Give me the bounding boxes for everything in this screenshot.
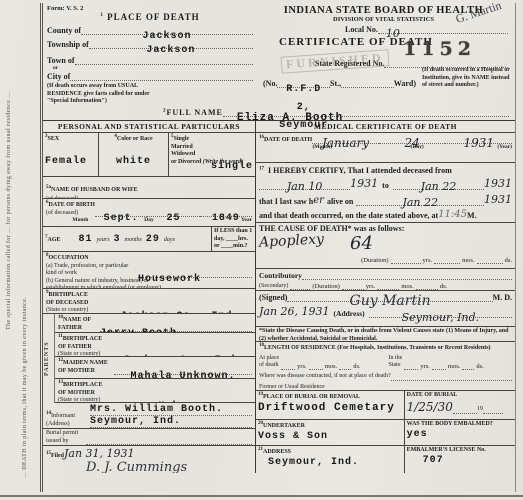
town-label: Town of bbox=[47, 56, 75, 65]
race-cell: 4Color or Race white bbox=[98, 133, 168, 176]
age-values-cell: 7AGE 81 years 3 months 29 days bbox=[43, 227, 211, 251]
marital-cell: 5Single Married Widowed or Divorced (Wri… bbox=[168, 133, 255, 176]
age-days: 29 bbox=[146, 234, 160, 245]
sex-cell: 3SEX Female bbox=[43, 133, 98, 176]
attended-from-year: 1931 bbox=[350, 177, 378, 190]
age-months: 3 bbox=[114, 234, 121, 245]
undertaker-row: 20UNDERTAKER Voss & Son WAS THE BODY EMB… bbox=[256, 420, 515, 446]
undertaker-value: Voss & Son bbox=[258, 431, 402, 442]
mother-maiden-name-row: 12MAIDEN NAMEOF MOTHER Mahala Unknown. bbox=[55, 357, 255, 379]
embalmed-cell: WAS THE BODY EMBALMED? yes bbox=[404, 420, 515, 445]
attended-to-date: Jan 22 bbox=[421, 180, 457, 193]
street-row: (No. R.F.D 2, Seymour St., Ward) bbox=[263, 78, 416, 88]
saw-pronoun-fill: er bbox=[313, 195, 324, 206]
full-name-label: FULL NAME bbox=[167, 108, 223, 117]
death-certificate-scan: The special information called for … for… bbox=[0, 0, 523, 500]
place-of-death-title: 1 PLACE OF DEATH bbox=[47, 12, 253, 22]
full-name-row: 2FULL NAME Eliza A. Booth bbox=[163, 107, 509, 117]
occupation-row: 8OCCUPATION (a) Trade, profession, or pa… bbox=[43, 252, 255, 289]
attended-to-year: 1931 bbox=[484, 177, 512, 190]
margin-note-bottom: … DEATH in plain terms, that it may be g… bbox=[22, 297, 28, 478]
birthplace-deceased-row: 9BIRTHPLACE OF DECEASED (State or countr… bbox=[43, 289, 255, 314]
race-value: white bbox=[101, 156, 166, 167]
full-name-value: Eliza A. Booth bbox=[223, 112, 343, 124]
physician-signature: Guy Martin bbox=[350, 293, 431, 309]
place-of-burial-cell: 19PLACE OF BURIAL OR REMOVAL Driftwood C… bbox=[256, 391, 404, 419]
board-header-block: INDIANA STATE BOARD OF HEALTH DIVISION O… bbox=[255, 5, 512, 88]
street-prefix: (No. bbox=[263, 79, 277, 88]
father-birthplace-row: 11BIRTHPLACEOF FATHER(State or country) … bbox=[55, 333, 255, 357]
city-label: City of bbox=[47, 72, 70, 81]
marital-value: single bbox=[211, 161, 253, 172]
embalmed-value: yes bbox=[407, 429, 513, 440]
attended-from-date: Jan 10 bbox=[287, 180, 323, 193]
date-of-death-row: 16DATE OF DEATH January 24 1931 (Month) … bbox=[256, 133, 515, 163]
last-seen-date: Jan 22 bbox=[402, 196, 438, 209]
embalmer-license-value: 707 bbox=[423, 455, 513, 466]
sex-race-marital-row: 3SEX Female 4Color or Race white 5Single… bbox=[43, 133, 255, 177]
township-row: Township of Jackson bbox=[47, 39, 253, 49]
undertaker-address-row: 21ADDRESS Seymour, Ind. EMBALMER'S LICEN… bbox=[256, 446, 515, 473]
date-of-burial-value: 1/25/30 bbox=[407, 400, 453, 414]
cause-code-value: 64 bbox=[350, 233, 373, 254]
filed-date-value: Jan 31, 1931 bbox=[64, 447, 135, 460]
margin-note-top: The special information called for … for… bbox=[6, 91, 12, 330]
health-officer-signature: D. J. Cummings bbox=[86, 460, 252, 473]
father-name-row: 10NAME OFFATHER Jerry Booth bbox=[55, 314, 255, 333]
age-row: 7AGE 81 years 3 months 29 days If LESS t… bbox=[43, 227, 255, 252]
town-row: Town of bbox=[47, 55, 253, 65]
signed-address-value: Seymour, Ind. bbox=[402, 311, 479, 324]
signed-date-value: Jan 26, 1931 bbox=[259, 305, 330, 318]
undertaker-address-cell: 21ADDRESS Seymour, Ind. bbox=[256, 446, 404, 473]
certificate-title: CERTIFICATE OF DEATH bbox=[279, 36, 512, 48]
township-label: Township of bbox=[47, 40, 89, 49]
husband-wife-row: 5aNAME OF HUSBAND OR WIFE (of deceased) bbox=[43, 177, 255, 199]
certify-block: 17 I HEREBY CERTIFY, That I attended dec… bbox=[256, 163, 515, 223]
death-time-value: 11:45 bbox=[438, 209, 467, 220]
form-number: Form: V. S. 2 bbox=[47, 5, 253, 12]
certificate-form: Form: V. S. 2 1 PLACE OF DEATH County of… bbox=[40, 3, 516, 492]
embalmer-license-cell: EMBALMER'S LICENSE No. 707 bbox=[404, 446, 515, 473]
informant-row: 14Informant(Address) Mrs. William Booth.… bbox=[43, 403, 255, 429]
date-of-birth-row: 6DATE OF BIRTH (of deceased) Sept. 25 18… bbox=[43, 199, 255, 227]
local-no-label: Local No. bbox=[345, 25, 378, 34]
informant-address-value: Seymour, Ind. bbox=[90, 416, 252, 428]
mother-birthplace-row: 13BIRTHPLACEOF MOTHER(State or country) … bbox=[55, 379, 255, 403]
personal-particulars-column: PERSONAL AND STATISTICAL PARTICULARS 3SE… bbox=[43, 121, 256, 473]
cause-footnote: *State the Disease Causing Death, or in … bbox=[256, 327, 515, 342]
place-num: 1 bbox=[100, 13, 104, 18]
place-of-burial-value: Driftwood Cemetary bbox=[258, 402, 402, 414]
local-no-row: Local No. 10 bbox=[345, 24, 508, 34]
undertaker-cell: 20UNDERTAKER Voss & Son bbox=[256, 420, 404, 445]
form-header: Form: V. S. 2 1 PLACE OF DEATH County of… bbox=[43, 3, 515, 121]
street-st-label: St., bbox=[330, 79, 341, 88]
contributory-block: Contributory (Secondary) (Duration) yrs.… bbox=[256, 269, 515, 291]
state-registered-number-stamp: 1152 bbox=[403, 38, 476, 60]
place-of-death-block: Form: V. S. 2 1 PLACE OF DEATH County of… bbox=[47, 5, 253, 106]
sex-value: Female bbox=[45, 156, 96, 167]
parents-vertical-label: PARENTS bbox=[43, 314, 55, 403]
mother-maiden-name-value: Mahala Unknown. bbox=[130, 371, 235, 379]
hospital-note: (If death occurred in a Hospital or Inst… bbox=[422, 67, 510, 90]
bottom-edge-line bbox=[0, 495, 523, 497]
age-years: 81 bbox=[79, 234, 93, 245]
length-of-residence-block: 18LENGTH OF RESIDENCE (For Hospitals, In… bbox=[256, 342, 515, 391]
cause-of-death-value: Apoplexy bbox=[259, 231, 325, 250]
cause-of-death-block: THE CAUSE OF DEATH* was as follows: Apop… bbox=[256, 223, 515, 269]
age-less-than-day-cell: If LESS than 1 day, ____hrs. or ____min.… bbox=[211, 227, 255, 251]
county-row: County of Jackson bbox=[47, 25, 253, 35]
parents-block: PARENTS 10NAME OFFATHER Jerry Booth 11BI… bbox=[43, 314, 255, 403]
last-seen-year: 1931 bbox=[484, 193, 512, 206]
date-of-burial-cell: DATE OF BURIAL 1/25/30 19 bbox=[404, 391, 515, 419]
burial-permit-row: Burial permitissued by bbox=[43, 429, 255, 446]
burial-row: 19PLACE OF BURIAL OR REMOVAL Driftwood C… bbox=[256, 391, 515, 420]
medical-certificate-column: MEDICAL CERTIFICATE OF DEATH 16DATE OF D… bbox=[256, 121, 515, 473]
faint-stamp: FURNISHED bbox=[281, 49, 390, 73]
undertaker-address-value: Seymour, Ind. bbox=[268, 457, 402, 468]
informant-name-value: Mrs. William Booth. bbox=[90, 404, 252, 416]
city-row: City of bbox=[47, 71, 253, 81]
street-ward-label: Ward) bbox=[394, 79, 416, 88]
filed-row: 15Filed Jan 31, 1931 D. J. Cummings Heal… bbox=[43, 446, 255, 473]
signed-block: (Signed) Guy Martin M. D. Jan 26, 1931 (… bbox=[256, 291, 515, 327]
county-label: County of bbox=[47, 26, 81, 35]
residence-note: (If death occurs away from USUAL RESIDEN… bbox=[47, 83, 167, 106]
